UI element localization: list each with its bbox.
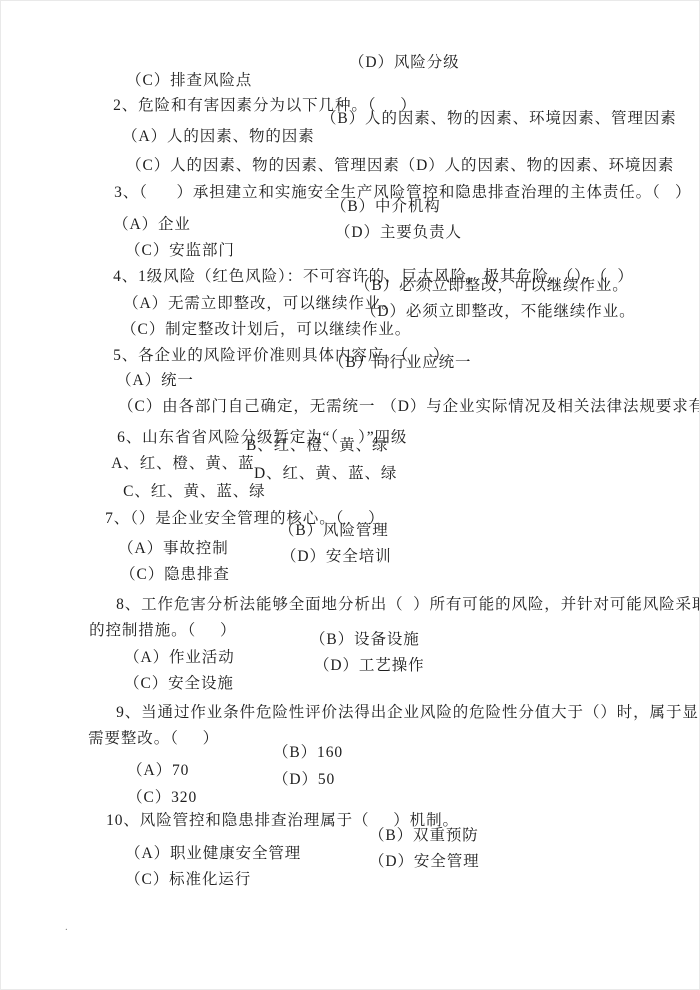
q2-option-b: （B）人的因素、物的因素、环境因素、管理因素 <box>321 110 677 128</box>
q8-option-b: （B）设备设施 <box>310 631 420 649</box>
q7-option-b: （B）风险管理 <box>279 522 389 540</box>
q6-option-d: D、红、黄、蓝、绿 <box>254 465 397 483</box>
q1-option-d: （D）风险分级 <box>349 54 460 72</box>
q3-option-d: （D）主要负责人 <box>335 224 462 242</box>
stray-dot-mark: . <box>65 921 68 933</box>
q7-option-d: （D）安全培训 <box>281 548 392 566</box>
document-page: （C）排查风险点 （D）风险分级 2、危险和有害因素分为以下几种。（ ） （A）… <box>0 0 700 990</box>
q10-options-cd-line: （C）标准化运行 （D）安全管理 <box>106 853 251 924</box>
q5-option-d: （D）与企业实际情况及相关法律法规要求有关 <box>381 398 700 415</box>
q10-option-c: （C）标准化运行 <box>125 871 251 888</box>
q6-option-b: B、红、橙、黄、绿 <box>246 437 388 455</box>
q9-option-b: （B）160 <box>273 744 343 762</box>
q4-option-d: （D）必须立即整改，不能继续作业。 <box>361 303 636 321</box>
q5-option-b: （B）同行业应统一 <box>329 354 471 372</box>
q3-option-b: （B）中介机构 <box>331 198 441 216</box>
q10-option-b: （B）双重预防 <box>369 827 479 845</box>
q8-option-d: （D）工艺操作 <box>314 657 425 675</box>
q10-option-d: （D）安全管理 <box>369 853 480 871</box>
q4-option-b: （B）必须立即整改，可以继续作业。 <box>355 277 629 295</box>
q9-option-d: （D）50 <box>273 771 335 789</box>
